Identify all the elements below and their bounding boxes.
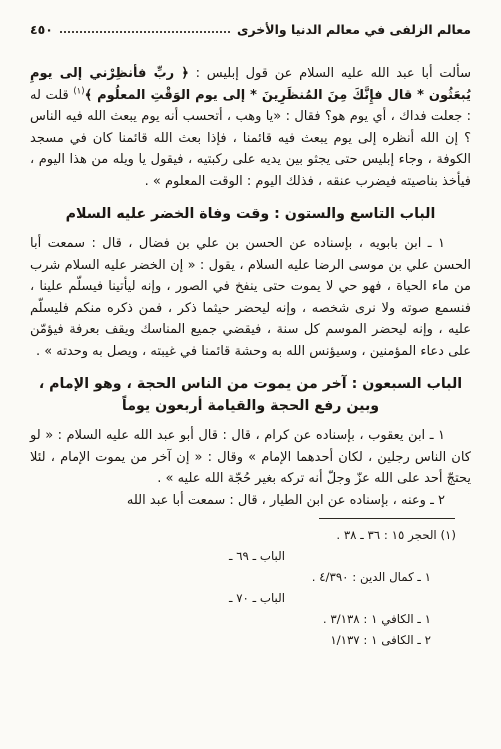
- chapter-70-hadith-1: ١ ـ ابن يعقوب ، بإسناده عن كرام ، قال : …: [30, 425, 471, 490]
- chapter-69-hadith-1: ١ ـ ابن بابويه ، بإسناده عن الحسن بن علي…: [30, 233, 471, 362]
- chapter-70-heading-line-1: الباب السبعون : آخر من يموت من الناس الح…: [30, 373, 471, 395]
- book-page: معالم الزلفى في معالم الدنيا والأخرى ٤٥٠…: [0, 0, 501, 749]
- footnote-bab-70-label: الباب ـ ٧٠ ـ: [30, 589, 471, 609]
- chapter-70-heading: الباب السبعون : آخر من يموت من الناس الح…: [30, 373, 471, 417]
- chapter-70-heading-line-2: وبين رفع الحجة والقيامة أربعون يوماً: [30, 395, 471, 417]
- footnote-divider: [319, 518, 455, 519]
- dot-leader: [60, 29, 230, 33]
- footnote-kafi-ref-1: ١ ـ الكافي ١ : ٣/١٣٨ .: [30, 610, 471, 630]
- footnote-kafi-ref-2: ٢ ـ الكافى ١ : ١/١٣٧: [30, 631, 471, 651]
- page-body: سألت أبا عبد الله عليه السلام عن قول إبل…: [30, 63, 471, 511]
- chapter-69-heading: الباب التاسع والستون : وقت وفاة الخضر عل…: [30, 203, 471, 225]
- hadith-lead-text: سألت أبا عبد الله عليه السلام عن قول إبل…: [189, 66, 471, 81]
- chapter-70-hadith-2-partial: ٢ ـ وعنه ، بإسناده عن ابن الطيار ، قال :…: [30, 490, 471, 512]
- footnotes-section: (١) الحجر ١٥ : ٣٦ ـ ٣٨ . الباب ـ ٦٩ ـ ١ …: [30, 518, 471, 650]
- running-header: معالم الزلفى في معالم الدنيا والأخرى ٤٥٠: [30, 22, 471, 37]
- footnote-kamal-al-din-ref: ١ ـ كمال الدين : ٤/٣٩٠ .: [30, 568, 471, 588]
- paragraph-iblis-hadith: سألت أبا عبد الله عليه السلام عن قول إبل…: [30, 63, 471, 192]
- footnote-quran-ref: (١) الحجر ١٥ : ٣٦ ـ ٣٨ .: [30, 526, 471, 546]
- page-number: ٤٥٠: [30, 22, 53, 37]
- running-title: معالم الزلفى في معالم الدنيا والأخرى: [237, 22, 471, 37]
- footnote-ref-marker: (١): [73, 86, 84, 96]
- footnote-bab-69-label: الباب ـ ٦٩ ـ: [30, 547, 471, 567]
